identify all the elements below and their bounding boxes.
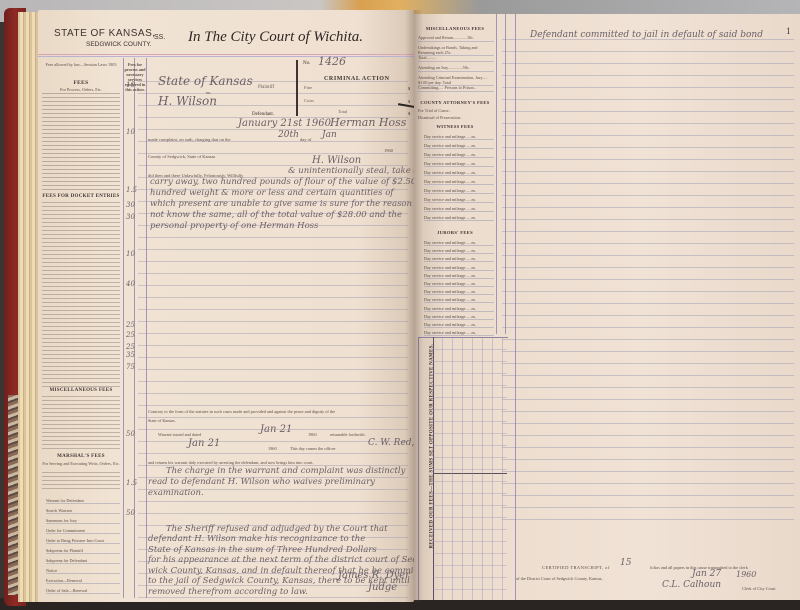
fee-amount: 1.5 bbox=[126, 479, 137, 487]
pink-rule bbox=[38, 54, 414, 55]
juror-fee-row: Day service and mileage......m. bbox=[424, 297, 494, 303]
returns-text: and returns his warrant duly executed by… bbox=[148, 460, 314, 465]
misc-fees-title: MISCELLANEOUS FEES bbox=[40, 388, 122, 393]
blue-rule bbox=[38, 56, 414, 57]
charge-line: carry away, two hundred pounds of flour … bbox=[150, 177, 433, 187]
fee-amount: 30 bbox=[126, 201, 135, 209]
fee-amount: 1.5 bbox=[126, 186, 137, 194]
county-label: SEDGWICK COUNTY. bbox=[86, 41, 152, 48]
juror-fee-row: Day service and mileage......m. bbox=[424, 273, 494, 279]
witness-fee-row: Day service and mileage......m. bbox=[424, 152, 494, 158]
proceedings-line: State of Kansas in the sum of Three Hund… bbox=[148, 545, 377, 555]
case-number: 1426 bbox=[318, 55, 346, 68]
charge-line: personal property of one Herman Hoss bbox=[150, 221, 318, 231]
marshal-fee-item: Search Warrant bbox=[46, 508, 120, 514]
return-year: 1960 bbox=[268, 446, 277, 451]
marshal-fee-item: Notice bbox=[46, 568, 120, 574]
defendant-label: Defendant. bbox=[252, 112, 274, 117]
criminal-action-label: CRIMINAL ACTION bbox=[324, 76, 390, 82]
return-date: Jan 21 bbox=[188, 438, 220, 449]
marshal-fee-item: Subpoena for Plaintiff bbox=[46, 548, 120, 554]
marshal-fee-item: Order to Bring Prisoner Into Court bbox=[46, 538, 120, 544]
total-label: Total bbox=[338, 109, 347, 114]
witness-fee-row: Day service and mileage......m. bbox=[424, 143, 494, 149]
witness-fee-row: Day service and mileage......m. bbox=[424, 188, 494, 194]
returnable-text: returnable forthwith. bbox=[330, 432, 366, 437]
fee-col-divider bbox=[123, 58, 124, 598]
witness-fee-row: Day service and mileage......m. bbox=[424, 197, 494, 203]
complainant-name: Herman Hoss bbox=[330, 116, 406, 129]
year-suffix: 1960 bbox=[384, 148, 393, 153]
entry-note: Defendant committed to jail in default o… bbox=[530, 30, 763, 40]
docket-fine-print bbox=[42, 202, 120, 387]
juror-fee-row: Day service and mileage......m. bbox=[424, 322, 494, 328]
witness-fee-row: Day service and mileage......m. bbox=[424, 215, 494, 221]
fee-amount: 10 bbox=[126, 250, 135, 258]
warrant-year: 1960 bbox=[308, 432, 317, 437]
charge-line: not know the same, all of the total valu… bbox=[150, 210, 402, 220]
misc-fine-print bbox=[42, 396, 120, 452]
plaintiff-label: Plaintiff bbox=[258, 85, 274, 90]
juror-fee-row: Day service and mileage......m. bbox=[424, 330, 494, 336]
juror-fee-row: Day service and mileage......m. bbox=[424, 248, 494, 254]
misc-fee-item: Total......... bbox=[418, 56, 494, 62]
page-gutter bbox=[405, 10, 423, 602]
witness-fees-title: WITNESS FEES bbox=[416, 124, 494, 129]
charge-line: which present are unable to give same is… bbox=[150, 199, 448, 209]
transcript-label: CERTIFIED TRANSCRIPT, of bbox=[542, 565, 610, 570]
marshal-fee-item: Order for Commitment bbox=[46, 528, 120, 534]
judge-title: Judge bbox=[368, 582, 397, 593]
page-number: 1 bbox=[786, 26, 791, 36]
court-title: In The City Court of Wichita. bbox=[188, 29, 363, 46]
witness-fee-row: Day service and mileage......m. bbox=[424, 161, 494, 167]
fee-amount: 40 bbox=[126, 280, 135, 288]
juror-fee-row: Day service and mileage......m. bbox=[424, 265, 494, 271]
folios-value: 15 bbox=[620, 558, 631, 568]
county-line: County of Sedgwick, State of Kansas bbox=[148, 154, 215, 159]
brace bbox=[296, 60, 298, 116]
marshal-fees-subtitle: For Serving and Executing Writs, Orders,… bbox=[42, 461, 120, 466]
fees-fine-print bbox=[42, 93, 120, 191]
fees-title: FEES bbox=[42, 80, 120, 86]
marshal-fee-item: Execution—Renewal bbox=[46, 578, 120, 584]
fine-label: Fine bbox=[304, 85, 312, 90]
transcript-year: 1960 bbox=[736, 570, 756, 579]
fee-amount: 25 bbox=[126, 331, 135, 339]
misc-fee-item: Attending on Jury..............50c. bbox=[418, 66, 494, 72]
proceedings-line: examination. bbox=[148, 488, 204, 498]
costs-label: Costs bbox=[304, 98, 314, 103]
state-label: STATE OF KANSAS, bbox=[54, 28, 156, 39]
county-attorney-title: COUNTY ATTORNEY'S FEES bbox=[416, 100, 494, 105]
ruled-lines-right bbox=[502, 28, 794, 528]
misc-fee-item: Committing..... Persons to Prison.. bbox=[418, 86, 494, 92]
contrary-text: Contrary to the form of the statutes in … bbox=[148, 409, 335, 414]
juror-fee-row: Day service and mileage......m. bbox=[424, 240, 494, 246]
fee-amount: 35 bbox=[126, 351, 135, 359]
marshal-fee-item: Warrant for Defendant bbox=[46, 498, 120, 504]
fee-amount: 50 bbox=[126, 509, 135, 517]
received-grid bbox=[433, 338, 507, 600]
jurors-fees-title: JURORS' FEES bbox=[416, 230, 494, 235]
marshal-fee-item: Summons for Jury bbox=[46, 518, 120, 524]
fee-amount: 30 bbox=[126, 213, 135, 221]
district-text: of the District Court of Sedgwick County… bbox=[516, 576, 602, 581]
right-fee-divider-2 bbox=[505, 14, 506, 334]
transcript-date: Jan 27 bbox=[692, 569, 721, 579]
fee-col-divider-3 bbox=[146, 58, 147, 598]
docket-fees-title: FEES FOR DOCKET ENTRIES bbox=[40, 194, 122, 199]
county-attorney-item: Dismissal of Prosecution.. bbox=[418, 115, 462, 120]
right-page: 1 Defendant committed to jail in default… bbox=[414, 14, 800, 600]
charge-line: hundred weight & more or less and certai… bbox=[150, 188, 393, 198]
ss-label: SS. bbox=[154, 34, 165, 41]
received-vertical-text: RECEIVED OUR FEES—THE SUMS SET OPPOSITE … bbox=[430, 389, 435, 549]
this-day-text: This day comes the officer bbox=[290, 446, 336, 451]
juror-fee-row: Day service and mileage......m. bbox=[424, 289, 494, 295]
proceedings-line: The Sheriff refused and adjudged by the … bbox=[166, 524, 388, 534]
plaintiff-name: State of Kansas bbox=[158, 74, 253, 88]
judge-signature: James R. Dyer bbox=[338, 570, 410, 581]
witness-fee-row: Day service and mileage......m. bbox=[424, 170, 494, 176]
juror-fee-row: Day service and mileage......m. bbox=[424, 281, 494, 287]
offense-day: 20th bbox=[278, 130, 299, 140]
case-no-label: No. bbox=[303, 61, 310, 66]
complaint-date: January 21st 1960 bbox=[238, 118, 331, 129]
proceedings-line: removed therefrom according to law. bbox=[148, 587, 308, 597]
made-complaint-text: made complaint, on oath, charging that o… bbox=[148, 137, 231, 142]
day-of-text: day of bbox=[300, 137, 311, 142]
right-fee-divider bbox=[496, 14, 497, 334]
fee-amount: 10 bbox=[126, 81, 135, 89]
misc-fee-item: Approval and Return.............10c. bbox=[418, 36, 494, 42]
accused-name: H. Wilson bbox=[312, 155, 361, 166]
fees-subtitle: For Process, Orders, Etc. bbox=[42, 87, 120, 92]
juror-fee-row: Day service and mileage......m. bbox=[424, 256, 494, 262]
fee-amount: 25 bbox=[126, 343, 135, 351]
proceedings-line: The charge in the warrant and complaint … bbox=[166, 466, 405, 476]
ruled-lines bbox=[138, 70, 408, 600]
defendant-name: H. Wilson bbox=[158, 94, 217, 108]
misc-fees-title-right: MISCELLANEOUS FEES bbox=[416, 26, 494, 31]
marshal-fee-item: Order of Sale—Renewal bbox=[46, 588, 120, 594]
witness-fee-row: Day service and mileage......m. bbox=[424, 179, 494, 185]
proceedings-line: read to defendant H. Wilson who waives p… bbox=[148, 477, 375, 487]
proceedings-line: defendant H. Wilson make his recognizanc… bbox=[148, 534, 365, 544]
marshal-fee-item: Subpoena for Defendant bbox=[46, 558, 120, 564]
proceedings-line: for his appearance at the next term of t… bbox=[148, 555, 426, 565]
marshal-fees-title: MARSHAL'S FEES bbox=[40, 454, 122, 459]
warrant-issued-text: Warrant issued and dated bbox=[158, 432, 201, 437]
fee-amount: 75 bbox=[126, 363, 135, 371]
witness-fee-row: Day service and mileage......m. bbox=[424, 206, 494, 212]
fee-amount: 25 bbox=[126, 321, 135, 329]
offense-month: Jan bbox=[322, 130, 337, 140]
clerk-label: Clerk of City Court. bbox=[742, 586, 777, 591]
juror-fee-row: Day service and mileage......m. bbox=[424, 306, 494, 312]
marshal-fine-print bbox=[42, 472, 120, 492]
clerk-signature: C.L. Calhoun bbox=[662, 580, 721, 590]
warrant-date: Jan 21 bbox=[260, 424, 292, 435]
state-of-kansas-text: State of Kansas. bbox=[148, 418, 176, 423]
fee-column-header: Fees allowed by law—Session Laws 1903 bbox=[42, 62, 120, 67]
juror-fee-row: Day service and mileage......m. bbox=[424, 314, 494, 320]
witness-fee-row: Day service and mileage......m. bbox=[424, 134, 494, 140]
fee-amount: 10 bbox=[126, 128, 135, 136]
left-page: STATE OF KANSAS, SEDGWICK COUNTY. SS. In… bbox=[38, 10, 414, 602]
fee-amount: 50 bbox=[126, 430, 135, 438]
right-fee-divider-3 bbox=[515, 14, 516, 600]
